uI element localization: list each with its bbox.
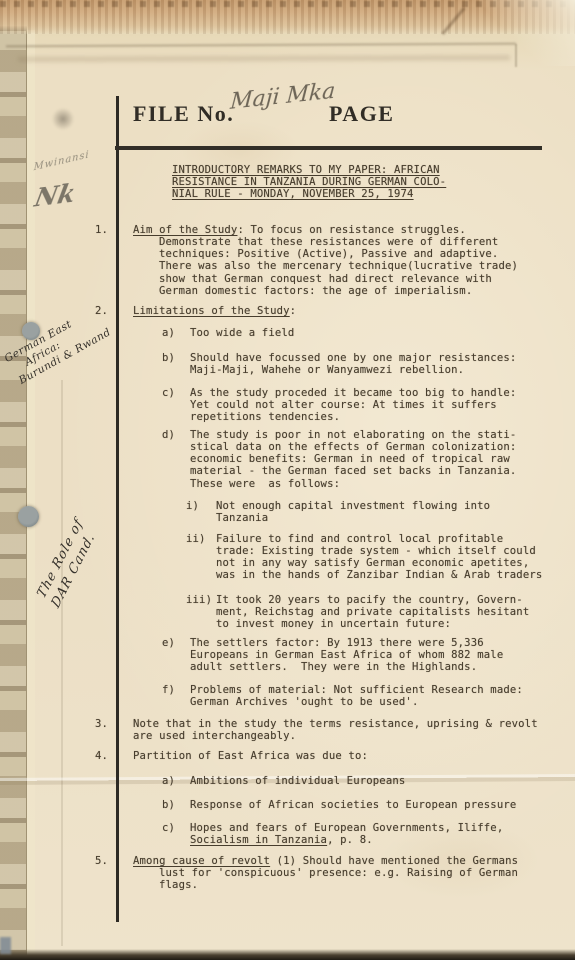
item-4b: b) Response of African societies to Euro… (162, 799, 563, 811)
item-number: 5. (85, 855, 133, 891)
sub-item-label: a) (162, 327, 190, 339)
vertical-fold (61, 380, 63, 946)
item-2d-iii: iii) It took 20 years to pacify the coun… (186, 594, 563, 630)
item-1: 1. Aim of the Study: To focus on resista… (85, 224, 563, 297)
item-4c-line-1: Hopes and fears of European Governments,… (190, 822, 563, 834)
item-2b: b) Should have focussed one by one major… (162, 352, 563, 376)
punch-hole-shadow (52, 108, 74, 130)
item-3: 3. Note that in the study the terms resi… (85, 718, 563, 742)
item-number: 1. (85, 224, 133, 297)
sub-item-text: As the study proceded it became too big … (190, 387, 563, 423)
paper-title: INTRODUCTORY REMARKS TO MY PAPER: AFRICA… (172, 164, 446, 200)
item-2: 2. Limitations of the Study: (85, 305, 563, 317)
sub-item-text: The study is poor in not elaborating on … (190, 429, 563, 490)
item-4a: a) Ambitions of individual Europeans (162, 775, 563, 787)
item-number: 4. (85, 750, 133, 762)
roman-label: ii) (186, 533, 216, 582)
title-line-3: NIAL RULE - MONDAY, NOVEMBER 25, 1974 (172, 188, 446, 200)
item-2a: a) Too wide a field (162, 327, 563, 339)
sub-item-label: c) (162, 822, 190, 846)
binding-edge-strip (0, 26, 27, 960)
item-number: 3. (85, 718, 133, 742)
item-2-heading-line: Limitations of the Study: (133, 305, 563, 317)
item-2d-ii: ii) Failure to find and control local pr… (186, 533, 563, 582)
sub-item-text: Response of African societies to Europea… (190, 799, 563, 811)
sub-item-label: b) (162, 352, 190, 376)
sub-item-label: e) (162, 637, 190, 673)
scanned-document-page: FILE No. Maji Mka PAGE INTRODUCTORY REMA… (0, 0, 575, 960)
scanner-background-sliver (0, 937, 11, 954)
item-2d: d) The study is poor in not elaborating … (162, 429, 563, 490)
roman-text: Failure to find and control local profit… (216, 533, 563, 582)
bleed-through-rule-1 (6, 43, 516, 48)
bleed-through-rule-2 (18, 55, 510, 62)
pencil-monogram: Nk (32, 178, 78, 213)
sub-item-text: Problems of material: Not sufficient Res… (190, 684, 563, 708)
pencil-scribble: Mwinansi (34, 149, 90, 173)
sub-item-text: The settlers factor: By 1913 there were … (190, 637, 563, 673)
item-4: 4. Partition of East Africa was due to: (85, 750, 563, 762)
item-1-heading-line: Aim of the Study: To focus on resistance… (133, 224, 563, 236)
item-4c-line-2: Socialism in Tanzania, p. 8. (190, 834, 563, 846)
sub-item-text: Too wide a field (190, 327, 563, 339)
item-5-heading-line: Among cause of revolt (1) Should have me… (133, 855, 563, 867)
roman-text: It took 20 years to pacify the country, … (216, 594, 563, 630)
item-4-text: Partition of East Africa was due to: (133, 750, 563, 762)
roman-label: iii) (186, 594, 216, 630)
item-4c: c) Hopes and fears of European Governmen… (162, 822, 563, 846)
item-2f: f) Problems of material: Not sufficient … (162, 684, 563, 708)
file-no-label: FILE No. (133, 101, 234, 127)
margin-ink-note-2: The Role of DAR Cand. (34, 485, 117, 612)
sub-item-text: Ambitions of individual Europeans (190, 775, 563, 787)
page-label: PAGE (329, 101, 394, 127)
title-line-1: INTRODUCTORY REMARKS TO MY PAPER: AFRICA… (172, 164, 446, 176)
page-bottom-edge (0, 949, 575, 960)
sub-item-label: b) (162, 799, 190, 811)
item-2c: c) As the study proceded it became too b… (162, 387, 563, 423)
item-2e: e) The settlers factor: By 1913 there we… (162, 637, 563, 673)
sub-item-label: c) (162, 387, 190, 423)
page-corner-light (480, 0, 575, 66)
title-line-2: RESISTANCE IN TANZANIA DURING GERMAN COL… (172, 176, 446, 188)
sub-item-label: d) (162, 429, 190, 490)
header-rule (115, 146, 542, 150)
item-3-text: Note that in the study the terms resista… (133, 718, 563, 742)
file-no-handwritten-value: Maji Mka (229, 78, 336, 114)
item-1-body: Demonstrate that these resistances were … (159, 236, 563, 297)
item-5: 5. Among cause of revolt (1) Should have… (85, 855, 563, 891)
sub-item-text: Should have focussed one by one major re… (190, 352, 563, 376)
sub-item-label: f) (162, 684, 190, 708)
item-2d-i: i) Not enough capital investment flowing… (186, 500, 563, 524)
roman-label: i) (186, 500, 216, 524)
sub-item-label: a) (162, 775, 190, 787)
punch-hole-bottom (18, 506, 39, 527)
roman-text: Not enough capital investment flowing in… (216, 500, 563, 524)
left-margin-rule (116, 96, 119, 922)
item-5-body: lust for 'conspicuous' presence: e.g. Ra… (159, 867, 563, 891)
